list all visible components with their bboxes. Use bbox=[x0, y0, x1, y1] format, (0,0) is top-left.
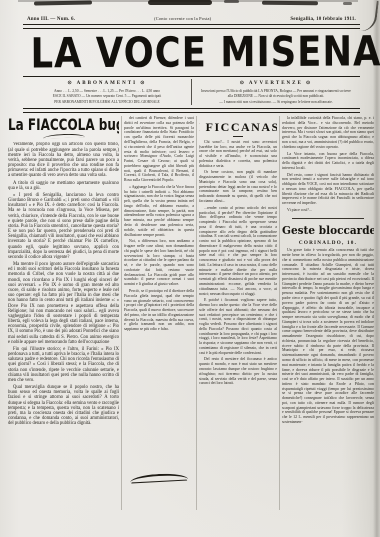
scan-smudge bbox=[148, 0, 212, 5]
scan-smudge bbox=[34, 0, 92, 5]
abbonamenti-box: ⊙ ABBONAMENTI ⊙ Anno . . . L. 2,50 — Sem… bbox=[23, 79, 191, 105]
column-rule bbox=[279, 116, 280, 510]
column-1-text: Veramente, proprio oggi un articolo con … bbox=[8, 142, 119, 428]
scan-smudge bbox=[262, 1, 318, 6]
column-2-text: dei cantieri di Firenze, difendere i suo… bbox=[124, 116, 194, 470]
masthead-title: LA VOCE MISENA bbox=[30, 28, 366, 79]
paragraph: « Aggiunge la Fiaccola che la Voce finor… bbox=[124, 185, 194, 237]
avvertenze-title: ⊙ AVVERTENZE ⊙ bbox=[199, 80, 353, 88]
column-rule bbox=[196, 116, 197, 510]
paragraph: Noi, a differenza loro, non andiamo a fr… bbox=[124, 239, 194, 287]
corinaldo-dateline: CORINALDO, 10. bbox=[282, 240, 374, 246]
end-of-article-flourish bbox=[130, 473, 188, 483]
paragraph: Or bene costoro, non paghi di mandare di… bbox=[199, 170, 277, 203]
header-bottom-rule bbox=[23, 108, 360, 113]
paragraph: Chi sono?... I nostri eroi sono avventor… bbox=[199, 140, 277, 169]
headline-flourish bbox=[42, 134, 84, 139]
paragraph: Fin qui l'illustre storico; e l'altro, i… bbox=[8, 347, 119, 383]
headline-la-fiaccola-bugiarda: La FIACCOLA bugiarda bbox=[8, 117, 119, 134]
paragraph: — I manoscritti non si restituiscono. — … bbox=[199, 100, 353, 105]
paragraph: Qual meraviglia dunque se il popolo nost… bbox=[8, 385, 119, 426]
ficcanasi-continuation-text: la infallibile curiosità della Fiaccola,… bbox=[282, 116, 374, 215]
abbonamenti-lines: Anno . . . L. 2,50 — Semestre . . . L. 1… bbox=[30, 89, 184, 105]
article-separator-rule bbox=[292, 218, 364, 219]
paragraph: E poiché i ficcanasi vogliono sapere tut… bbox=[199, 298, 277, 355]
paragraph: Ma mentre il poco ignoto autore dell'epi… bbox=[8, 262, 119, 345]
headline-geste-bloccarde: Geste bloccarde bbox=[282, 224, 374, 238]
paragraph: Un grave fatto è venuto alla conoscenza … bbox=[282, 248, 374, 424]
article-la-fiaccola-bugiarda: La FIACCOLA bugiarda Veramente, proprio … bbox=[8, 116, 119, 510]
newspaper-page: Anno III. — Num. 6. (Conto corrente con … bbox=[0, 0, 380, 537]
paragraph: « I preti di Senigallia, lanciarono la l… bbox=[8, 193, 119, 260]
scan-smudge bbox=[224, 0, 239, 3]
paragraph: ESCE IL SABATO — Un numero separato Cent… bbox=[30, 94, 184, 99]
column-4: la infallibile curiosità della Fiaccola,… bbox=[282, 116, 374, 510]
paragraph: PER ABBONAMENTI RIVOLGERSI ALL'UFFICIO D… bbox=[30, 100, 184, 105]
abbonamenti-title: ⊙ ABBONAMENTI ⊙ bbox=[30, 80, 184, 88]
article-continuation-column: dei cantieri di Firenze, difendere i suo… bbox=[124, 116, 194, 510]
paragraph: la infallibile curiosità della Fiaccola,… bbox=[282, 116, 374, 149]
column-rule bbox=[121, 116, 122, 510]
paragraph: Perciò, se il prototipo ed il direttore … bbox=[124, 289, 194, 332]
dateline-row: Anno III. — Num. 6. (Conto corrente con … bbox=[23, 16, 360, 24]
column-3-text: Chi sono?... I nostri eroi sono avventor… bbox=[199, 140, 277, 388]
scan-smudge bbox=[343, 2, 352, 5]
paragraph: Vi piace così?... bbox=[282, 208, 374, 213]
avvertenze-box: ⊙ AVVERTENZE ⊙ Inserzioni presso l'Uffic… bbox=[191, 79, 360, 105]
paragraph: La Voce intanto, con buona pace della Fi… bbox=[282, 152, 374, 171]
geste-bloccarde-text: Un grave fatto è venuto alla conoscenza … bbox=[282, 248, 374, 426]
avvertenze-lines: Inserzioni presso l'Ufficio di pubblicit… bbox=[199, 89, 353, 105]
body-columns: La FIACCOLA bugiarda Veramente, proprio … bbox=[8, 116, 374, 510]
paragraph: dei cantieri di Firenze, difendere i suo… bbox=[124, 116, 194, 183]
article-i-ficcanasi: I FICCANASI Chi sono?... I nostri eroi s… bbox=[199, 116, 277, 510]
info-boxes: ⊙ ABBONAMENTI ⊙ Anno . . . L. 2,50 — Sem… bbox=[23, 76, 360, 108]
paragraph: ...render conto al primo articolo dei no… bbox=[199, 206, 277, 297]
paragraph: Inserzioni presso l'Ufficio di pubblicit… bbox=[199, 89, 353, 100]
headline-i-ficcanasi: I FICCANASI bbox=[199, 120, 277, 135]
headline-mini-rule bbox=[233, 136, 243, 137]
issue-number: Anno III. — Num. 6. bbox=[27, 17, 75, 22]
scan-edge-shadow bbox=[373, 0, 380, 537]
publication-date: Senigallia, 10 febbraio 1911. bbox=[290, 17, 356, 22]
paragraph: Veramente, proprio oggi un articolo con … bbox=[8, 142, 119, 178]
paragraph: Del resto il mestiere del ficcanaso è an… bbox=[199, 357, 277, 386]
postal-note: (Conto corrente con la Posta) bbox=[154, 16, 211, 21]
newspaper-header: Anno III. — Num. 6. (Conto corrente con … bbox=[23, 16, 360, 113]
paragraph: Del resto, come i signori fascisti hanno… bbox=[282, 173, 374, 206]
paragraph: A titolo di saggio ne mettiamo apertamen… bbox=[8, 181, 119, 191]
